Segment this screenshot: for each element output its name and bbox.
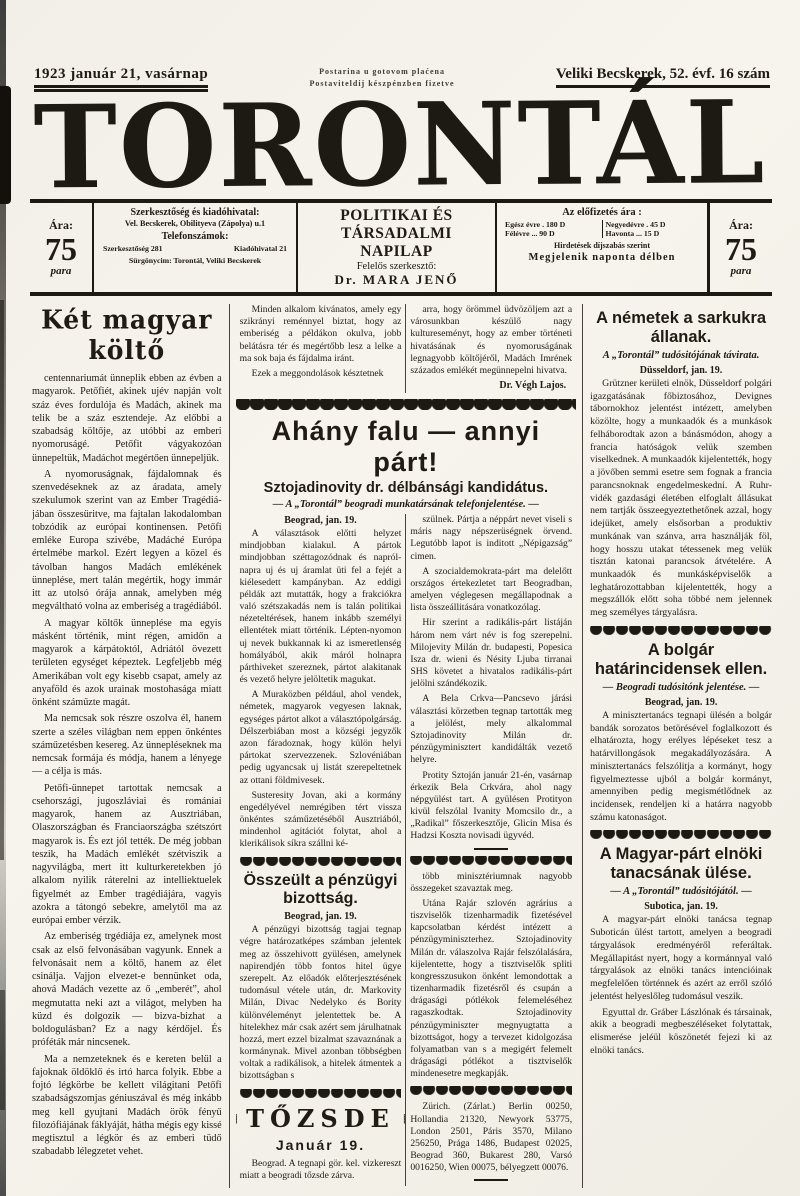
price-box-left: Ára: 75 para <box>30 203 92 292</box>
byline: — A „Torontál” tudósitójától. — <box>590 886 772 897</box>
middle-section: Minden alkalom kivánatos, amely egy szik… <box>229 304 584 1188</box>
price-value: 75 <box>715 233 767 265</box>
article-ket-magyar-kolto: Két magyar költő centennariumát ünneplik… <box>32 304 229 1188</box>
wavy-divider <box>410 856 572 865</box>
paragraph: A minisztertanács tegnapi ülésén a bolgá… <box>590 710 772 825</box>
dateline: Düsseldorf, jan. 19. <box>590 365 772 376</box>
publishing-schedule: Megjelenik naponta délben <box>502 252 702 263</box>
article-title: A németek a sarkukra állanak. <box>590 309 772 347</box>
price-value: 75 <box>35 233 87 265</box>
phone-publisher: Kiadóhivatal 21 <box>234 244 287 253</box>
paragraph: A Muraközben például, ahol vendek, német… <box>240 689 402 786</box>
wavy-divider <box>240 857 402 866</box>
dateline: Beograd, jan. 19. <box>590 697 772 708</box>
paragraph: szülnek. Pártja a néppárt nevet viseli s… <box>410 514 572 563</box>
body-columns: Két magyar költő centennariumát ünneplik… <box>32 304 772 1188</box>
price-unit: para <box>35 265 87 277</box>
wavy-divider <box>240 1089 402 1098</box>
scan-artifact <box>0 990 5 1110</box>
printer-ornament-icon: ▦ <box>236 1111 239 1126</box>
dateline: Beograd, jan. 19. <box>240 515 402 526</box>
paper-subtitle: POLITIKAI ÉS TÁRSADALMI NAPILAP <box>303 207 490 261</box>
article-title: A Magyar-párt elnöki tanacsának ülése. <box>590 845 772 883</box>
short-rule <box>474 1179 508 1181</box>
stock-exchange-date: Január 19. <box>240 1137 402 1153</box>
paragraph: Hir szerint a radikális-párt listáján há… <box>410 617 572 690</box>
middle-top-row: Minden alkalom kivánatos, amely egy szik… <box>236 304 577 393</box>
subscription-rate: Félévre ... 90 D <box>505 229 599 238</box>
paragraph: Ma nemcsak sok részre oszolva él, hanem … <box>32 712 222 778</box>
article-nemetek: A németek a sarkukra állanak. A „Torontá… <box>590 309 772 620</box>
wavy-divider <box>410 1086 572 1095</box>
paragraph: A magyar-párt elnöki tanácsa tegnap Subo… <box>590 914 772 1003</box>
paragraph: A nyomoruságnak, fájdalomnak és szenvedé… <box>32 468 222 614</box>
paragraph: Egyuttal dr. Gráber Lászlónak és társain… <box>590 1007 772 1058</box>
paragraph: Petőfi-ünnepet tartottak nemcsak a cseho… <box>32 782 222 928</box>
article-title-penzugyi: Összeült a pénzügyi bizottság. <box>240 872 402 909</box>
paragraph: Susteresity Jovan, aki a kormány engedél… <box>240 790 402 851</box>
phone-heading: Telefonszámok: <box>99 231 291 242</box>
paper-subtitle-box: POLITIKAI ÉS TÁRSADALMI NAPILAP Felelős … <box>298 203 495 292</box>
middle-body-row: Beograd, jan. 19. A választások előtti h… <box>236 514 577 1186</box>
middle-top-left: Minden alkalom kivánatos, amely egy szik… <box>236 304 406 393</box>
byline: — A „Torontál” beogradi munkatársának te… <box>236 499 577 510</box>
phone-editorial: Szerkesztőség 281 <box>103 244 163 253</box>
price-unit: para <box>715 265 767 277</box>
masthead-title: TORONTÁL <box>0 90 800 201</box>
subscription-rate: Egész évre . 180 D <box>505 220 599 229</box>
editor-role: Felelős szerkesztő: <box>303 261 490 272</box>
telegram-address: Sürgönycim: Torontál, Veliki Becskerek <box>99 256 291 265</box>
subscription-rate: Negyedévre . 45 D <box>606 220 700 229</box>
paragraph: Beograd. A tegnapi gör. kel. vizkereszt … <box>240 1158 402 1182</box>
paragraph: A magyar költők ünneplése ma egyis máské… <box>32 617 222 710</box>
subscription-rate: Havonta ... 15 D <box>606 229 700 238</box>
editorial-office-box: Szerkesztőség és kiadóhivatal: Vel. Becs… <box>92 203 298 292</box>
wavy-divider <box>236 399 577 410</box>
paragraph: Protity Sztoján január 21-én, vasárnap é… <box>410 770 572 843</box>
article-bolgar: A bolgár határincidensek ellen. — Beogra… <box>590 641 772 825</box>
paragraph: Minden alkalom kivánatos, amely egy szik… <box>240 304 402 365</box>
paragraph: Ma a nemzeteknek és e kereten belül a fa… <box>32 1053 222 1159</box>
editor-name: Dr. MARA JENŐ <box>303 272 490 288</box>
sub-headline: Sztojadinovity dr. délbánsági kandidátus… <box>236 480 577 496</box>
paragraph: A pénzügyi bizottság tagjai tegnap végre… <box>240 924 402 1082</box>
byline: A „Torontál” tudósitójának távirata. <box>590 350 772 361</box>
article-ahany-falu: Ahány falu — annyi párt! Sztojadinovity … <box>236 416 577 510</box>
stock-exchange-header: ▦ TŐZSDE ▦ <box>240 1104 402 1133</box>
scan-artifact <box>0 300 4 860</box>
middle-column-left: Beograd, jan. 19. A választások előtti h… <box>236 514 406 1186</box>
author-signature: Dr. Végh Lajos. <box>410 380 566 391</box>
stock-exchange-title: TŐZSDE <box>246 1104 395 1133</box>
middle-top-right: arra, hogy örömmel üdvözöljem azt a váro… <box>405 304 576 393</box>
byline: — Beogradi tudósitónk jelentése. — <box>590 682 772 693</box>
paragraph: Grützner kerületi elnök, Düsseldorf polg… <box>590 378 772 620</box>
wavy-divider <box>590 830 772 839</box>
middle-column-right: szülnek. Pártja a néppárt nevet viseli s… <box>405 514 576 1186</box>
postage-line-1: Postarina u gotovom plaćena <box>310 66 455 78</box>
article-title: A bolgár határincidensek ellen. <box>590 641 772 679</box>
paragraph: centennariumát ünneplik ebben az évben a… <box>32 372 222 465</box>
price-box-right: Ára: 75 para <box>707 203 772 292</box>
article-magyar-part: A Magyar-párt elnöki tanacsának ülése. —… <box>590 845 772 1057</box>
subscription-box: Az előfizetés ára : Egész évre . 180 D F… <box>495 203 707 292</box>
short-rule <box>474 848 508 850</box>
paragraph: A szocialdemokrata-párt ma delelőtt orsz… <box>410 566 572 615</box>
ad-rates-note: Hirdetések díjszabás szerint <box>502 241 702 250</box>
article-title: Két magyar költő <box>32 305 222 366</box>
dateline: Beograd, jan. 19. <box>240 911 402 922</box>
paragraph: A választások előtti helyzet mindjobban … <box>240 528 402 686</box>
paragraph: Az emberiség trgédiája ez, amelynek most… <box>32 930 222 1049</box>
paragraph: több minisztériumnak nagyobb összegeket … <box>410 871 572 895</box>
paragraph: A Bela Crkva—Pancsevo járási választási … <box>410 693 572 766</box>
right-column: A németek a sarkukra állanak. A „Torontá… <box>583 304 772 1188</box>
newspaper-page: 1923 január 21, vasárnap Postarina u got… <box>0 0 800 1196</box>
office-address: Vel. Becskerek, Obilityeva (Zápolya) u.1 <box>99 219 291 228</box>
main-headline: Ahány falu — annyi párt! <box>236 416 577 478</box>
wavy-divider <box>590 626 772 635</box>
paragraph: Zürich. (Zárlat.) Berlin 00250, Hollandi… <box>410 1101 572 1174</box>
paragraph: Utána Rajár szlovén agrárius a tiszvisel… <box>410 898 572 1081</box>
paragraph: arra, hogy örömmel üdvözöljem azt a váro… <box>410 304 572 377</box>
dateline: Subotica, jan. 19. <box>590 901 772 912</box>
paragraph: Ezek a meggondolások késztetnek <box>240 368 402 380</box>
